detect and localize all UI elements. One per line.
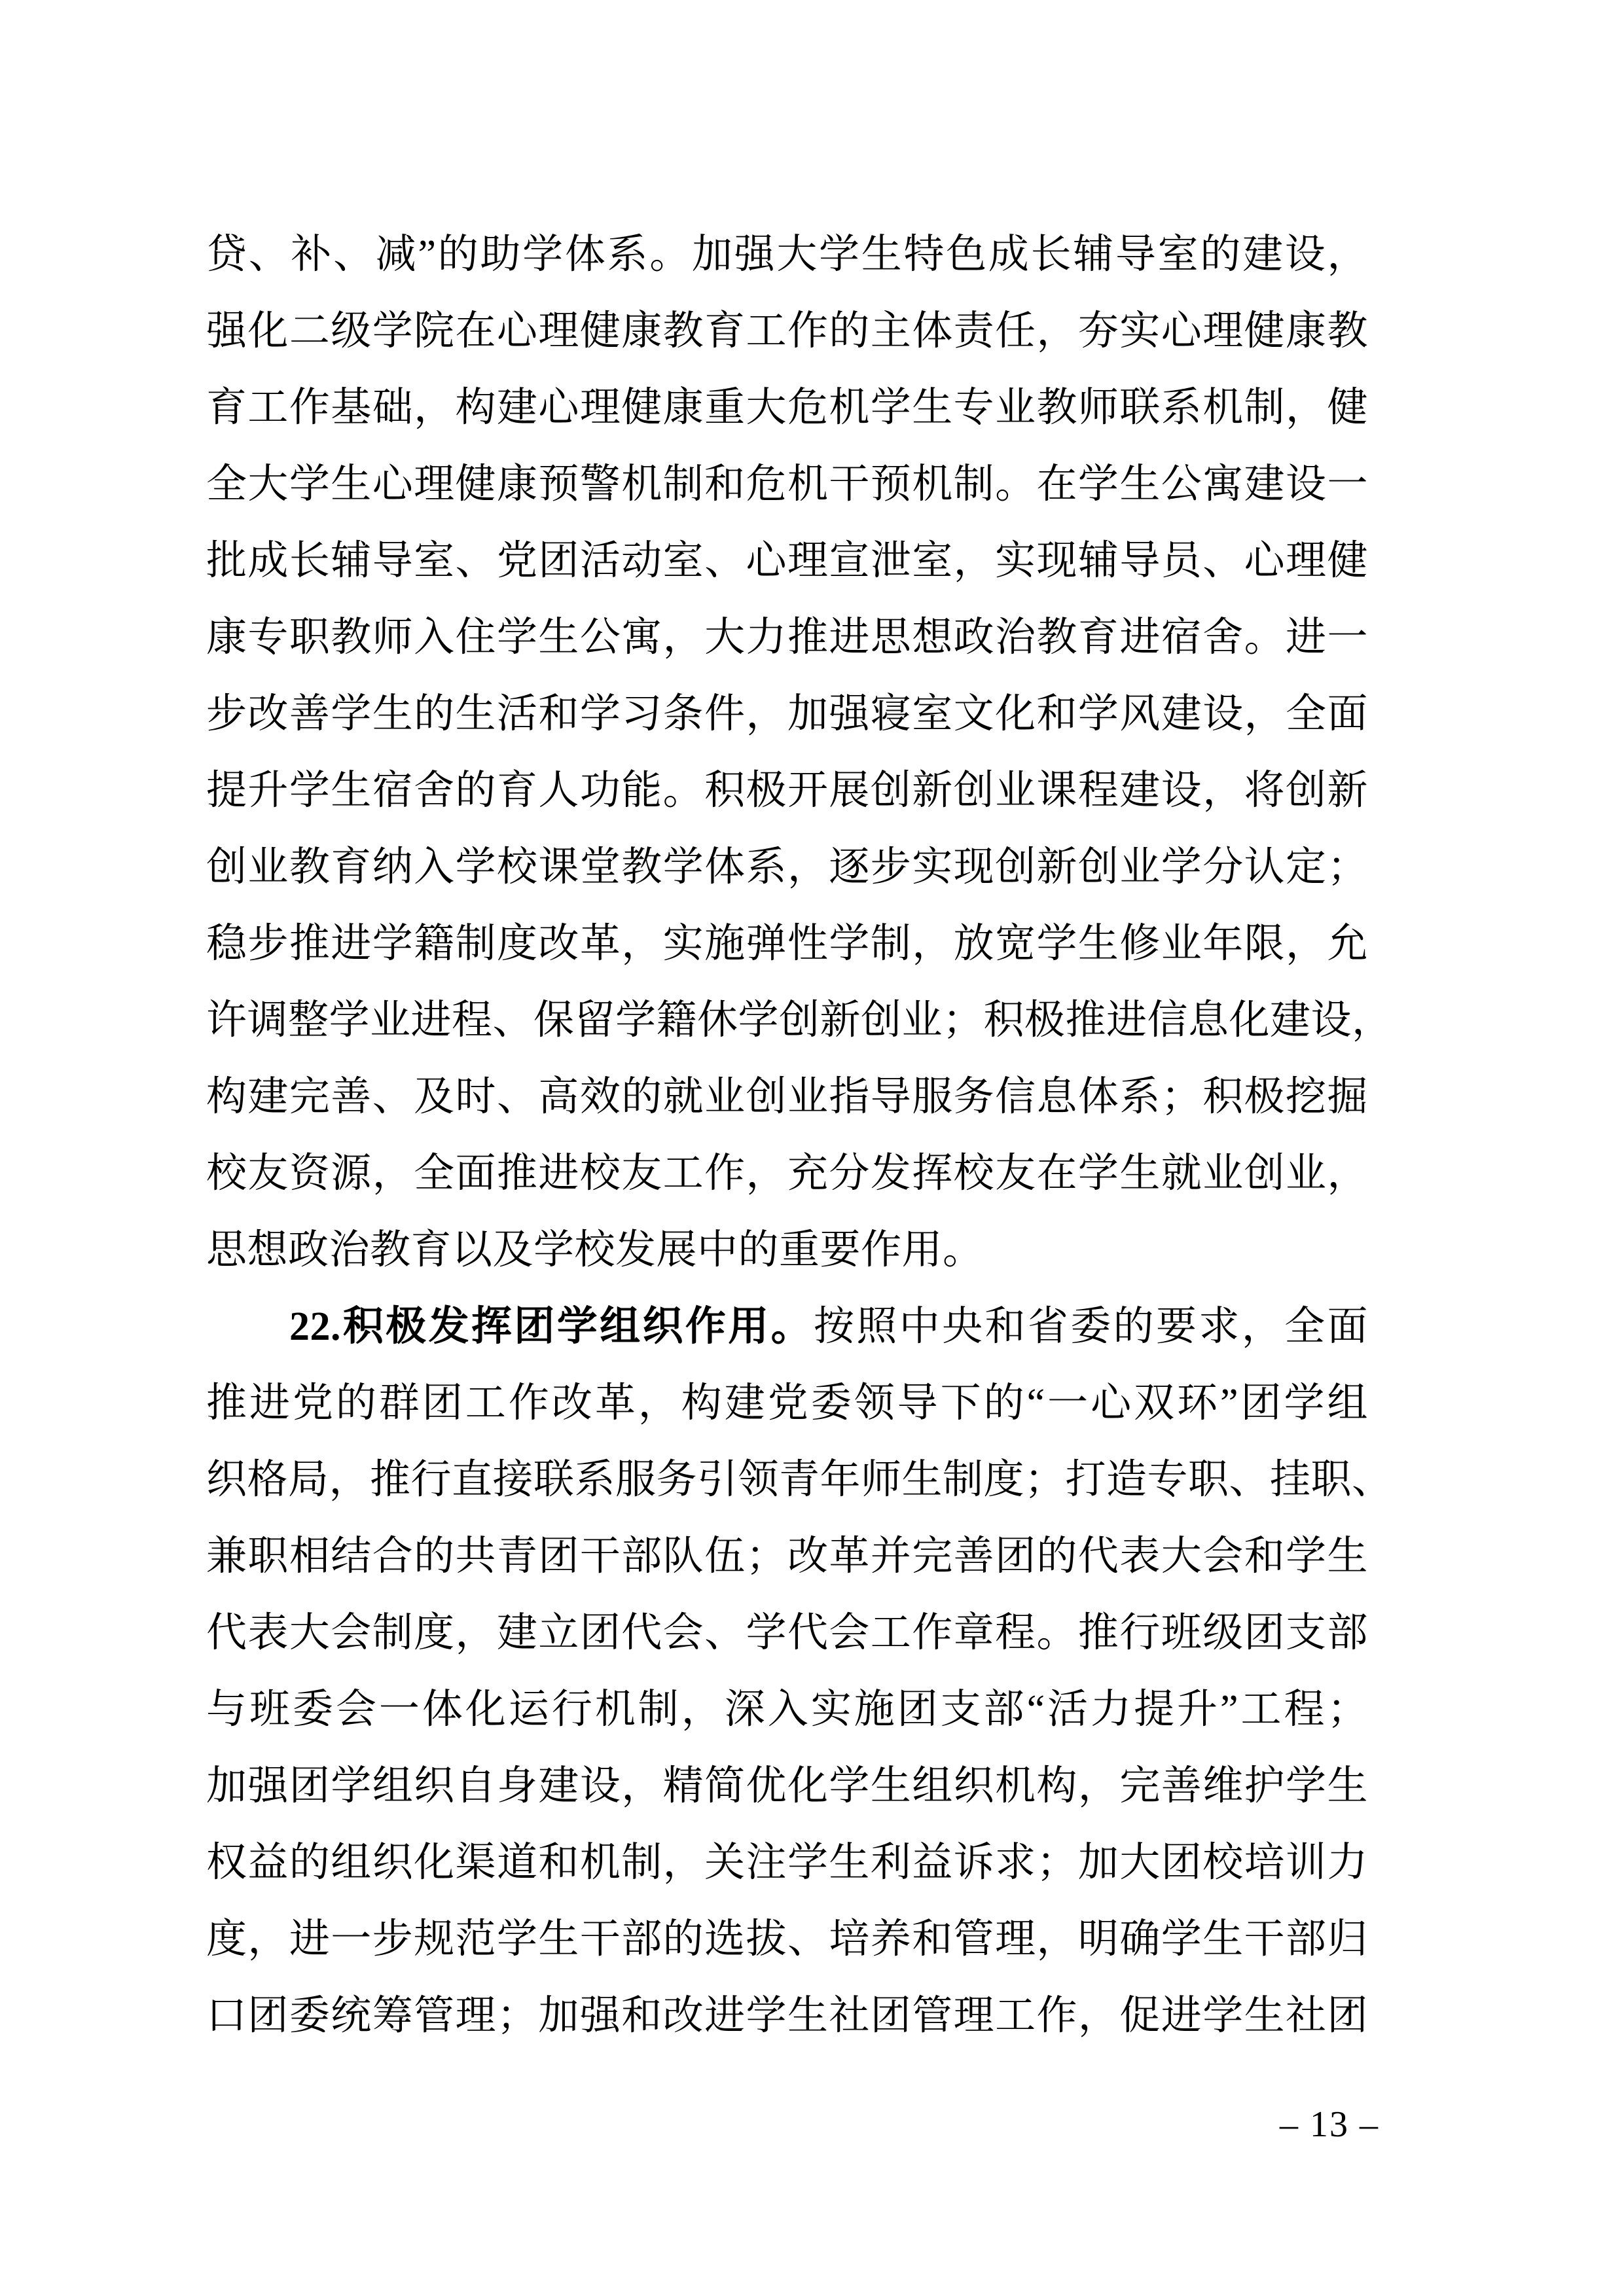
body-line: 口团委统筹管理；加强和改进学生社团管理工作，促进学生社团 bbox=[206, 1978, 1368, 2054]
body-text: 贷、补、减”的助学体系。加强大学生特色成长辅导室的建设， 强化二级学院在心理健康… bbox=[206, 217, 1368, 2054]
item-22-heading: 22.积极发挥团学组织作用。 bbox=[289, 1304, 814, 1349]
item-22-line: 22.积极发挥团学组织作用。按照中央和省委的要求，全面 bbox=[206, 1289, 1368, 1365]
body-line: 稳步推进学籍制度改革，实施弹性学制，放宽学生修业年限，允 bbox=[206, 906, 1368, 982]
body-line: 强化二级学院在心理健康教育工作的主体责任，夯实心理健康教 bbox=[206, 293, 1368, 370]
body-line: 加强团学组织自身建设，精简优化学生组织机构，完善维护学生 bbox=[206, 1748, 1368, 1825]
body-line: 与班委会一体化运行机制，深入实施团支部“活力提升”工程； bbox=[206, 1672, 1368, 1748]
item-22-first-line-text: 按照中央和省委的要求，全面 bbox=[814, 1304, 1368, 1349]
body-line: 提升学生宿舍的育人功能。积极开展创新创业课程建设，将创新 bbox=[206, 753, 1368, 829]
body-line: 校友资源，全面推进校友工作，充分发挥校友在学生就业创业， bbox=[206, 1136, 1368, 1212]
body-line: 度，进一步规范学生干部的选拔、培养和管理，明确学生干部归 bbox=[206, 1901, 1368, 1978]
paragraph-last-line: 思想政治教育以及学校发展中的重要作用。 bbox=[206, 1212, 1368, 1289]
body-line: 构建完善、及时、高效的就业创业指导服务信息体系；积极挖掘 bbox=[206, 1059, 1368, 1136]
body-line: 推进党的群团工作改革，构建党委领导下的“一心双环”团学组 bbox=[206, 1365, 1368, 1442]
body-line: 代表大会制度，建立团代会、学代会工作章程。推行班级团支部 bbox=[206, 1595, 1368, 1672]
body-line: 步改善学生的生活和学习条件，加强寝室文化和学风建设，全面 bbox=[206, 676, 1368, 753]
body-line: 育工作基础，构建心理健康重大危机学生专业教师联系机制，健 bbox=[206, 370, 1368, 446]
body-line: 批成长辅导室、党团活动室、心理宣泄室，实现辅导员、心理健 bbox=[206, 523, 1368, 600]
body-line: 兼职相结合的共青团干部队伍；改革并完善团的代表大会和学生 bbox=[206, 1518, 1368, 1595]
body-line: 许调整学业进程、保留学籍休学创新创业；积极推进信息化建设， bbox=[206, 982, 1368, 1059]
document-page: 贷、补、减”的助学体系。加强大学生特色成长辅导室的建设， 强化二级学院在心理健康… bbox=[0, 0, 1624, 2296]
body-line: 创业教育纳入学校课堂教学体系，逐步实现创新创业学分认定； bbox=[206, 829, 1368, 906]
page-number: – 13 – bbox=[1280, 2103, 1379, 2146]
body-line: 织格局，推行直接联系服务引领青年师生制度；打造专职、挂职、 bbox=[206, 1442, 1368, 1518]
body-line: 全大学生心理健康预警机制和危机干预机制。在学生公寓建设一 bbox=[206, 446, 1368, 523]
body-line: 权益的组织化渠道和机制，关注学生利益诉求；加大团校培训力 bbox=[206, 1825, 1368, 1901]
body-line: 康专职教师入住学生公寓，大力推进思想政治教育进宿舍。进一 bbox=[206, 600, 1368, 676]
body-line: 贷、补、减”的助学体系。加强大学生特色成长辅导室的建设， bbox=[206, 217, 1368, 293]
